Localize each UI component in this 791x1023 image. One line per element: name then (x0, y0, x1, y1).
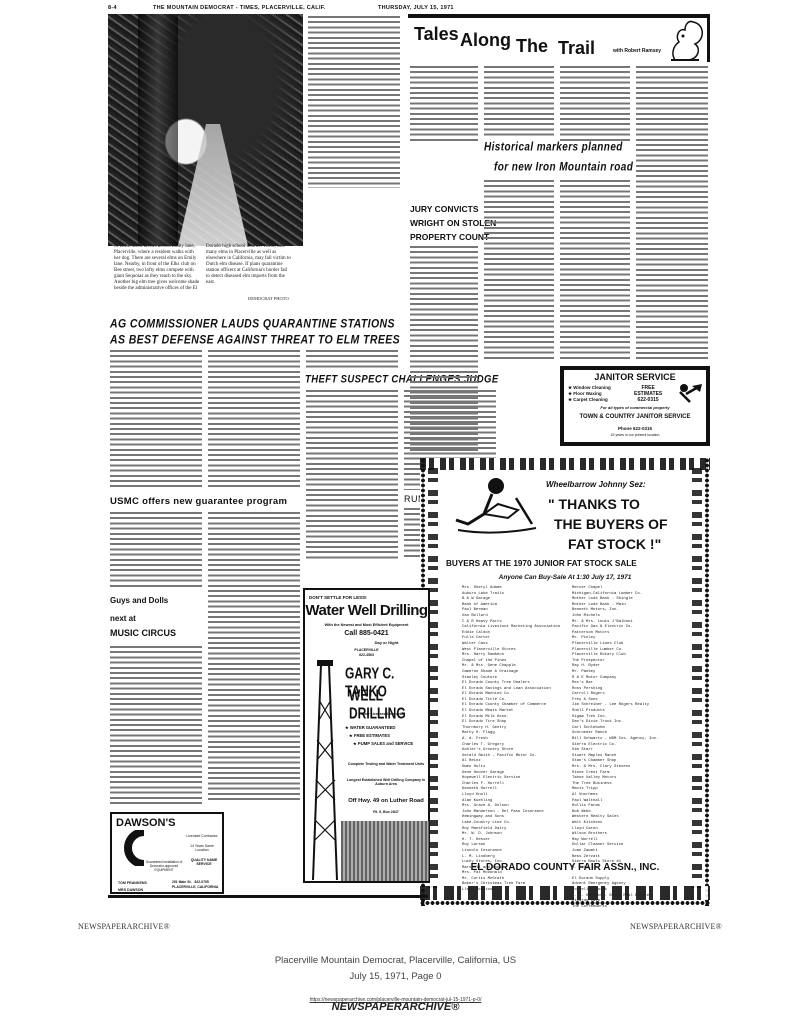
wheelbarrow-johnny-icon (448, 474, 538, 538)
testing-line: Complete Testing and Water Treatment Uni… (345, 762, 427, 766)
janitor-tagline: For all types of commercial property (564, 405, 706, 410)
photo-caption-left: SPIDLE ELM arches across Emily lane, Pla… (114, 244, 200, 292)
tales-article-col1 (410, 66, 478, 142)
water-well-box: Rt. 5, Box 2847 (345, 810, 427, 814)
page-label: 8-4 (108, 5, 117, 11)
janitor-years: 15 years in our present location (564, 433, 706, 437)
lane-shape (178, 124, 248, 246)
bullet-water-guaranteed: ★ WATER GUARANTEED (345, 724, 413, 732)
tales-article-col2 (484, 66, 554, 136)
placerville-label: PLACERVILLE (305, 648, 428, 652)
music-circus-article (110, 646, 202, 806)
dawsons-city: PLACERVILLE, CALIFORNIA (172, 885, 218, 890)
buyer-name: Lloyd McIntosh (462, 888, 560, 894)
dotted-border-bottom (420, 900, 710, 906)
owner-2: MRS DAWSON (118, 887, 147, 894)
placerville-phone: 622-4563 (305, 653, 428, 657)
janitor-service-ad: JANITOR SERVICE ★ Window Cleaning ★ Floo… (560, 366, 710, 446)
dawsons-years: 14 Years Same Location (184, 844, 220, 852)
buyer-name: The Coffeeworks (572, 905, 658, 911)
sale-subbanner: Anyone Can Buy-Sale At 1:30 July 17, 197… (420, 574, 710, 581)
quarantine-headline-2: AS BEST DEFENSE AGAINST THREAT TO ELM TR… (110, 333, 400, 347)
archive-logo-right: NEWSPAPERARCHIVE® (630, 922, 722, 931)
dawsons-ad: DAWSON'S Licensed Contractor 14 Years Sa… (110, 812, 224, 894)
drilling-scene (341, 821, 429, 881)
bullet-free-estimates: ★ FREE ESTIMATES (345, 732, 413, 740)
paper-name: THE MOUNTAIN DEMOCRAT - TIMES, PLACERVIL… (153, 5, 326, 11)
tales-title-4: Trail (558, 38, 595, 59)
markers-headline-2: for new Iron Mountain road (494, 161, 633, 174)
markers-article-col1 (484, 180, 554, 360)
buyers-banner: BUYERS AT THE 1970 JUNIOR FAT STOCK SALE (446, 559, 637, 568)
drilling-rig-icon (307, 660, 341, 880)
tree-shape (138, 14, 178, 246)
photo-credit: DEMOCRAT PHOTO (248, 296, 289, 302)
tales-article-col0 (308, 16, 400, 188)
dawsons-licensed: Licensed Contractor (182, 834, 222, 838)
janitor-title: JANITOR SERVICE (564, 372, 706, 382)
dawsons-owners: TOM FRANKENS MRS DAWSON (118, 880, 147, 894)
dawsons-address: 251 Main St. (172, 880, 192, 884)
service-carpet: ★ Carpet Cleaning (568, 397, 611, 403)
fair-association-name: EL DORADO COUNTY FAIR ASSN., INC. (420, 862, 710, 873)
jury-article (410, 246, 478, 452)
scroll-ornament-right (692, 468, 702, 888)
thanks-line3: FAT STOCK !" (568, 536, 661, 552)
dotted-border-right (704, 458, 710, 906)
water-well-address: Off Hwy. 49 on Luther Road (345, 798, 427, 804)
tales-header: Tales Along The Trail with Robert Ramsey (408, 14, 710, 62)
thanks-line1: " THANKS TO (548, 496, 640, 512)
buyer-name: Bill Schwartz - WDM Ins. Agency, Inc. (572, 737, 658, 743)
ornamental-border-top (420, 458, 710, 470)
guys-dolls-headline-3: MUSIC CIRCUS (110, 628, 176, 638)
archive-date-page: July 15, 1971, Page 0 (0, 971, 791, 982)
quarantine-headline-1: AG COMMISSIONER LAUDS QUARANTINE STATION… (110, 317, 395, 331)
quarantine-article-col2 (208, 350, 300, 490)
day-or-night: Day or Night (305, 640, 428, 645)
tales-title-1: Tales (414, 24, 459, 45)
issue-date: THURSDAY, JULY 15, 1971 (378, 5, 454, 11)
guys-dolls-headline-1: Guys and Dolls (110, 596, 168, 605)
buyers-list-left: Mrs. Sheryl AdamsAuburn Lake TrailsB & W… (462, 586, 560, 894)
jury-headline-1: JURY CONVICTS (410, 204, 479, 214)
longest-established: Longest Established Well Drilling Compan… (345, 778, 427, 786)
dawsons-contact: 251 Main St. 622-0795 PLACERVILLE, CALIF… (172, 880, 218, 890)
jury-headline-3: PROPERTY COUNT (410, 232, 489, 242)
newspaper-page: 8-4 THE MOUNTAIN DEMOCRAT - TIMES, PLACE… (108, 0, 708, 920)
photo-caption-right: Dorado high school district. These, and … (206, 244, 292, 286)
dont-settle: DON'T SETTLE FOR LESS! (309, 595, 367, 600)
archive-logo-left: NEWSPAPERARCHIVE® (78, 922, 170, 931)
bullet-pump-sales: ★ PUMP SALES and SERVICE (345, 740, 413, 748)
janitor-mascot-icon (676, 382, 702, 404)
markers-article-col2 (560, 180, 630, 360)
fat-stock-ad: Wheelbarrow Johnny Sez: " THANKS TO THE … (420, 458, 710, 906)
tales-byline: with Robert Ramsey (613, 48, 661, 54)
markers-headline-1: Historical markers planned (484, 141, 623, 154)
water-well-bullets: ★ WATER GUARANTEED ★ FREE ESTIMATES ★ PU… (345, 724, 413, 748)
water-well-title: Water Well Drilling (305, 602, 428, 619)
janitor-estimates: FREE ESTIMATES 622-0315 (634, 385, 662, 403)
bottom-rule (108, 895, 428, 898)
dawsons-install: Guaranteed Installation of Decorator-app… (142, 860, 186, 872)
quarantine-article-col3 (306, 350, 398, 370)
estimates-phone: 622-0315 (634, 397, 662, 403)
usmc-article-col2 (208, 512, 300, 802)
dawsons-quality: QUALITY NAME SERVICE (190, 858, 218, 866)
usmc-headline: USMC offers new guarantee program (110, 496, 287, 507)
state-licensed: State Licensed Contractor (361, 712, 405, 716)
tales-article-col4 (636, 66, 708, 360)
archive-brand: NEWSPAPERARCHIVE® (0, 1001, 791, 1013)
janitor-phone: Phone 622-0315 (564, 426, 706, 431)
janitor-services: ★ Window Cleaning ★ Floor Waxing ★ Carpe… (568, 385, 611, 403)
quarantine-article-col1 (110, 350, 202, 490)
usmc-article-col1 (110, 512, 202, 588)
archive-citation: Placerville Mountain Democrat, Placervil… (0, 955, 791, 966)
owner-1: TOM FRANKENS (118, 880, 147, 887)
buyer-name: California Livestock Marketing Associati… (462, 625, 560, 631)
thanks-line2: THE BUYERS OF (554, 516, 668, 532)
water-well-sub: With the Newest and Most Efficient Equip… (305, 623, 428, 627)
water-well-drilling-ad: DON'T SETTLE FOR LESS! Water Well Drilli… (303, 588, 430, 883)
janitor-company: TOWN & COUNTRY JANITOR SERVICE (564, 414, 706, 420)
elm-tree-photo (108, 14, 303, 246)
tanko-well-drilling: WELL DRILLING (349, 686, 428, 722)
theft-article-col1 (306, 390, 398, 560)
tales-title-2: Along (460, 30, 511, 51)
johnny-says: Wheelbarrow Johnny Sez: (546, 480, 646, 489)
tales-title-3: The (516, 36, 548, 57)
dawsons-phone: 622-0795 (194, 880, 208, 884)
water-well-call: Call 885-0421 (305, 630, 428, 637)
squirrel-icon (665, 18, 705, 64)
dawsons-title: DAWSON'S (116, 817, 175, 829)
tales-article-col3 (560, 66, 630, 142)
guys-dolls-headline-2: next at (110, 614, 136, 623)
